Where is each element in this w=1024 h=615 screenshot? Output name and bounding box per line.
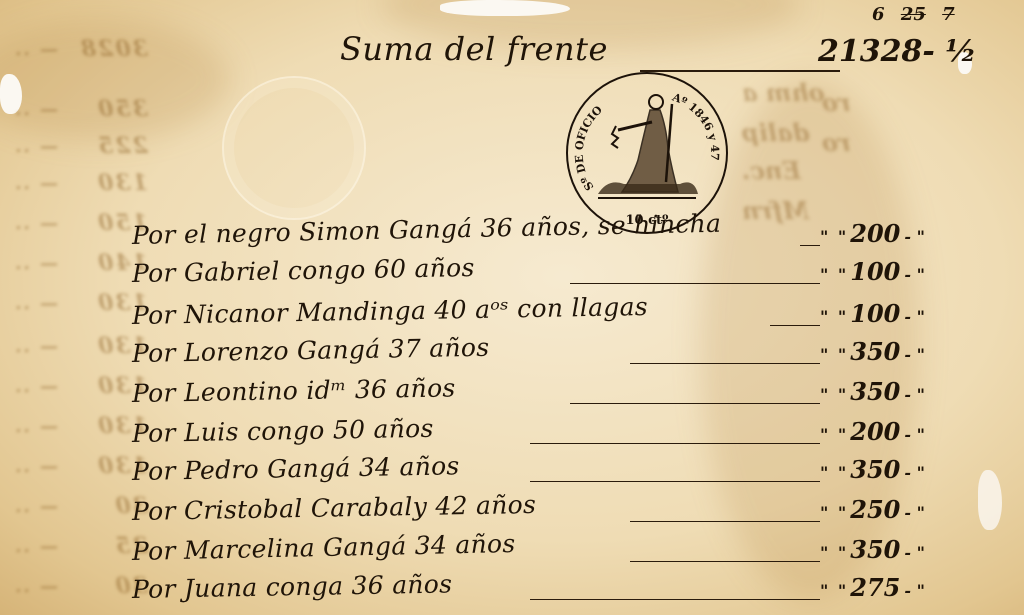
page-header: Suma del frente 21328- ½ 6 25 7 — [340, 18, 1020, 78]
ghost-dots: .. — — [0, 536, 68, 557]
entry-amount: " "350- " — [820, 535, 925, 564]
entry-text: Leontino idᵐ 36 años — [184, 373, 456, 407]
amount-value: 350 — [850, 535, 900, 564]
header-corrections: 6 25 7 — [872, 4, 955, 25]
bleed-through-text: Enc. — [742, 156, 801, 185]
correction-digit: 7 — [942, 4, 955, 25]
amount-value: 200 — [850, 417, 900, 446]
header-total: 21328- ½ — [818, 34, 977, 69]
ghost-dots: .. — — [0, 136, 68, 157]
amount-tail: - " — [904, 463, 925, 482]
ditto-marks: " " — [820, 227, 848, 246]
bleed-through-row: .. —225 — [0, 135, 148, 157]
ghost-dots: .. — — [0, 376, 68, 397]
ledger-entry: Por Nicanor Mandinga 40 aᵒˢ con llagas" … — [130, 299, 990, 333]
entry-leader-rule — [570, 403, 820, 404]
amount-tail: - " — [904, 265, 925, 284]
ledger-entry: Por Leontino idᵐ 36 años" "350- " — [130, 377, 990, 411]
bleed-through-row: .. —130 — [0, 375, 148, 397]
entry-text: Nicanor Mandinga 40 aᵒˢ con llagas — [184, 292, 648, 329]
amount-value: 275 — [850, 573, 900, 602]
amount-tail: - " — [904, 345, 925, 364]
entry-description: Por el negro Simon Gangá 36 años, se hin… — [132, 209, 722, 250]
entry-text: Marcelina Gangá 34 años — [184, 529, 516, 565]
ledger-entry: Por Gabriel congo 60 años" "100- " — [130, 257, 990, 291]
ghost-dots: .. — — [0, 576, 68, 597]
amount-tail: - " — [904, 543, 925, 562]
amount-value: 100 — [850, 257, 900, 286]
svg-text:Sº DE OFICIO: Sº DE OFICIO — [573, 103, 606, 193]
bleed-through-row: .. —130 — [0, 335, 148, 357]
bleed-through-row: .. —350 — [0, 98, 148, 120]
ghost-dots: .. — — [0, 99, 68, 120]
ghost-dots: .. — — [0, 456, 68, 477]
entry-prefix: Por — [132, 258, 176, 288]
ghost-dots: .. — — [0, 293, 68, 314]
amount-value: 350 — [850, 455, 900, 484]
amount-value: 350 — [850, 337, 900, 366]
entry-amount: " "100- " — [820, 299, 925, 328]
entry-amount: " "100- " — [820, 257, 925, 286]
ghost-dots: .. — — [0, 336, 68, 357]
ghost-dots: .. — — [0, 173, 68, 194]
entry-description: Por Pedro Gangá 34 años — [132, 451, 460, 486]
amount-tail: - " — [904, 503, 925, 522]
header-title: Suma del frente — [340, 30, 608, 68]
entry-description: Por Luis congo 50 años — [132, 414, 434, 448]
entry-description: Por Marcelina Gangá 34 años — [132, 529, 516, 566]
amount-value: 350 — [850, 377, 900, 406]
entry-text: Juana conga 36 años — [184, 569, 453, 603]
entry-prefix: Por — [132, 536, 176, 566]
ditto-marks: " " — [820, 543, 848, 562]
ditto-marks: " " — [820, 425, 848, 444]
ghost-dots: .. — — [0, 39, 68, 60]
entry-leader-rule — [570, 283, 820, 284]
entry-amount: " "200- " — [820, 417, 925, 446]
bleed-through-row: .. —150 — [0, 212, 148, 234]
bleed-through-row: .. —30 — [0, 575, 148, 597]
bleed-through-text: ro — [822, 128, 851, 157]
amount-tail: - " — [904, 581, 925, 600]
ledger-entry: Por Marcelina Gangá 34 años" "350- " — [130, 535, 990, 569]
entry-description: Por Gabriel congo 60 años — [132, 253, 475, 288]
amount-value: 100 — [850, 299, 900, 328]
entry-amount: " "250- " — [820, 495, 925, 524]
entry-leader-rule — [770, 325, 820, 326]
amount-tail: - " — [904, 425, 925, 444]
entry-prefix: Por — [132, 574, 176, 604]
bleed-through-text: ohm a — [742, 78, 825, 107]
entry-leader-rule — [630, 561, 820, 562]
entry-text: Cristobal Carabaly 42 años — [184, 490, 537, 525]
entry-description: Por Nicanor Mandinga 40 aᵒˢ con llagas — [132, 292, 648, 330]
entry-description: Por Cristobal Carabaly 42 años — [132, 490, 537, 526]
ditto-marks: " " — [820, 345, 848, 364]
entry-description: Por Leontino idᵐ 36 años — [132, 373, 456, 408]
ditto-marks: " " — [820, 385, 848, 404]
svg-text:Aº 1846 y 47: Aº 1846 y 47 — [670, 90, 722, 161]
entry-prefix: Por — [132, 418, 176, 448]
amount-value: 250 — [850, 495, 900, 524]
ledger-page: .. —3028.. —350.. —225.. —130.. —150.. —… — [0, 0, 1024, 615]
bleed-through-row: .. —30 — [0, 495, 148, 517]
entry-text: Gabriel congo 60 años — [184, 253, 475, 287]
bleed-through-row: .. —130 — [0, 292, 148, 314]
ledger-entry: Por el negro Simon Gangá 36 años, se hin… — [130, 219, 990, 253]
correction-digit: 6 — [872, 4, 885, 25]
bleed-through-row: .. —130 — [0, 455, 148, 477]
ditto-marks: " " — [820, 581, 848, 600]
entry-leader-rule — [630, 363, 820, 364]
ledger-entry: Por Cristobal Carabaly 42 años" "250- " — [130, 495, 990, 529]
bleed-through-row: .. —3028 — [0, 38, 148, 60]
ghost-dots: .. — — [0, 496, 68, 517]
entry-amount: " "350- " — [820, 377, 925, 406]
ditto-marks: " " — [820, 265, 848, 284]
bleed-through-row: .. —25 — [0, 535, 148, 557]
entry-prefix: Por — [132, 220, 176, 250]
embossed-seal — [222, 76, 366, 220]
bleed-through-row: .. —130 — [0, 172, 148, 194]
ghost-number: 130 — [68, 170, 148, 196]
correction-struck: 25 — [901, 4, 926, 25]
entry-leader-rule — [530, 443, 820, 444]
entry-amount: " "350- " — [820, 337, 925, 366]
ghost-number: 225 — [68, 133, 148, 159]
entry-text: Lorenzo Gangá 37 años — [184, 333, 490, 367]
ditto-marks: " " — [820, 463, 848, 482]
ghost-dots: .. — — [0, 416, 68, 437]
entry-leader-rule — [530, 481, 820, 482]
bleed-through-text: ro — [822, 88, 851, 117]
entry-leader-rule — [530, 599, 820, 600]
total-value: 21328 — [818, 34, 922, 69]
ghost-dots: .. — — [0, 253, 68, 274]
ledger-entry: Por Lorenzo Gangá 37 años" "350- " — [130, 337, 990, 371]
entry-description: Por Juana conga 36 años — [132, 569, 453, 604]
entry-amount: " "275- " — [820, 573, 925, 602]
entry-prefix: Por — [132, 300, 176, 330]
entry-description: Por Lorenzo Gangá 37 años — [132, 333, 490, 368]
bleed-through-row: .. —130 — [0, 415, 148, 437]
paper-tear — [440, 0, 570, 16]
amount-tail: - " — [904, 227, 925, 246]
entry-prefix: Por — [132, 456, 176, 486]
entry-amount: " "350- " — [820, 455, 925, 484]
entry-leader-rule — [800, 245, 820, 246]
ledger-entry: Por Pedro Gangá 34 años" "350- " — [130, 455, 990, 489]
ghost-dots: .. — — [0, 213, 68, 234]
bleed-through-text: dalip — [742, 118, 809, 147]
entry-prefix: Por — [132, 378, 176, 408]
ditto-marks: " " — [820, 503, 848, 522]
ghost-number: 3028 — [68, 36, 148, 62]
entry-text: Luis congo 50 años — [184, 414, 434, 447]
total-fraction: - ½ — [922, 34, 976, 69]
entry-prefix: Por — [132, 496, 176, 526]
ledger-entry: Por Luis congo 50 años" "200- " — [130, 417, 990, 451]
header-rule — [640, 70, 840, 72]
amount-tail: - " — [904, 307, 925, 326]
amount-value: 200 — [850, 219, 900, 248]
entry-text: el negro Simon Gangá 36 años, se hincha — [184, 209, 722, 249]
entry-prefix: Por — [132, 338, 176, 368]
entry-leader-rule — [630, 521, 820, 522]
ditto-marks: " " — [820, 307, 848, 326]
ledger-entry: Por Juana conga 36 años" "275- " — [130, 573, 990, 607]
ghost-number: 350 — [68, 96, 148, 122]
entry-amount: " "200- " — [820, 219, 925, 248]
bleed-through-row: .. —140 — [0, 252, 148, 274]
entry-text: Pedro Gangá 34 años — [184, 451, 460, 485]
amount-tail: - " — [904, 385, 925, 404]
